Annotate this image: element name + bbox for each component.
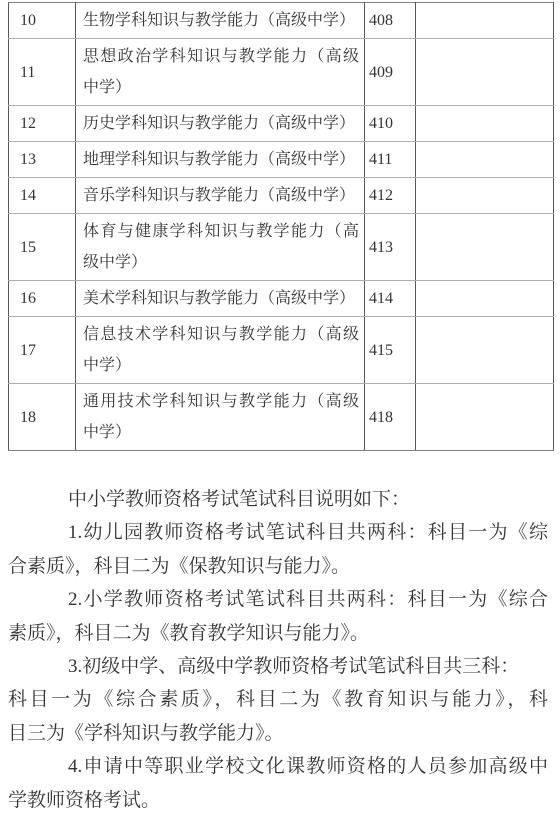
subject-name-line: 级中学） <box>83 247 359 278</box>
note-line: 合素质》，科目二为《保教知识与能力》。 <box>8 550 548 583</box>
row-number-cell: 10 <box>9 3 76 39</box>
exam-subjects-table: 10生物学科知识与教学能力（高级中学）40811思想政治学科知识与教学能力（高级… <box>8 2 554 451</box>
note-line: 素质》，科目二为《教育教学知识与能力》。 <box>8 617 548 650</box>
subject-name-line: 思想政治学科知识与教学能力（高级 <box>83 41 359 72</box>
subject-name-line: 历史学科知识与教学能力（高级中学） <box>83 108 359 139</box>
empty-cell <box>416 106 554 142</box>
subject-name-line: 信息技术学科知识与教学能力（高级 <box>83 319 359 350</box>
empty-cell <box>416 281 554 317</box>
empty-cell <box>416 39 554 106</box>
notes-section: 中小学教师资格考试笔试科目说明如下：1.幼儿园教师资格考试笔试科目共两科：科目一… <box>8 483 548 817</box>
subject-code-cell: 408 <box>365 3 416 39</box>
empty-cell <box>416 384 554 451</box>
table-row: 17信息技术学科知识与教学能力（高级中学）415 <box>9 317 554 384</box>
subject-code-cell: 415 <box>365 317 416 384</box>
subject-name-cell: 生物学科知识与教学能力（高级中学） <box>76 3 365 39</box>
subject-name-line: 中学） <box>83 417 359 448</box>
subject-name-line: 地理学科知识与教学能力（高级中学） <box>83 144 359 175</box>
subject-name-line: 体育与健康学科知识与教学能力（高 <box>83 216 359 247</box>
subject-name-cell: 通用技术学科知识与教学能力（高级中学） <box>76 384 365 451</box>
table-row: 18通用技术学科知识与教学能力（高级中学）418 <box>9 384 554 451</box>
subject-code-cell: 414 <box>365 281 416 317</box>
row-number-cell: 12 <box>9 106 76 142</box>
note-line: 4.申请中等职业学校文化课教师资格的人员参加高级中 <box>8 750 548 783</box>
subject-name-cell: 地理学科知识与教学能力（高级中学） <box>76 142 365 178</box>
note-line: 2.小学教师资格考试笔试科目共两科：科目一为《综合 <box>8 583 548 616</box>
note-line: 1.幼儿园教师资格考试笔试科目共两科：科目一为《综 <box>8 516 548 549</box>
note-line: 科目一为《综合素质》，科目二为《教育知识与能力》，科 <box>8 683 548 716</box>
row-number-cell: 11 <box>9 39 76 106</box>
empty-cell <box>416 214 554 281</box>
subject-name-cell: 思想政治学科知识与教学能力（高级中学） <box>76 39 365 106</box>
empty-cell <box>416 178 554 214</box>
row-number-cell: 14 <box>9 178 76 214</box>
subject-code-cell: 418 <box>365 384 416 451</box>
table-row: 11思想政治学科知识与教学能力（高级中学）409 <box>9 39 554 106</box>
subject-name-cell: 信息技术学科知识与教学能力（高级中学） <box>76 317 365 384</box>
row-number-cell: 13 <box>9 142 76 178</box>
subject-name-cell: 体育与健康学科知识与教学能力（高级中学） <box>76 214 365 281</box>
table-row: 15体育与健康学科知识与教学能力（高级中学）413 <box>9 214 554 281</box>
subject-code-cell: 410 <box>365 106 416 142</box>
row-number-cell: 15 <box>9 214 76 281</box>
note-line: 目三为《学科知识与教学能力》。 <box>8 717 548 750</box>
subject-name-line: 美术学科知识与教学能力（高级中学） <box>83 283 359 314</box>
note-line: 学教师资格考试。 <box>8 784 548 817</box>
note-line: 中小学教师资格考试笔试科目说明如下： <box>8 483 548 516</box>
subject-code-cell: 409 <box>365 39 416 106</box>
exam-subjects-table-body: 10生物学科知识与教学能力（高级中学）40811思想政治学科知识与教学能力（高级… <box>9 3 554 451</box>
table-row: 10生物学科知识与教学能力（高级中学）408 <box>9 3 554 39</box>
table-row: 12历史学科知识与教学能力（高级中学）410 <box>9 106 554 142</box>
document-page: 10生物学科知识与教学能力（高级中学）40811思想政治学科知识与教学能力（高级… <box>0 0 560 823</box>
subject-name-line: 音乐学科知识与教学能力（高级中学） <box>83 180 359 211</box>
table-row: 13地理学科知识与教学能力（高级中学）411 <box>9 142 554 178</box>
row-number-cell: 18 <box>9 384 76 451</box>
row-number-cell: 17 <box>9 317 76 384</box>
table-row: 14音乐学科知识与教学能力（高级中学）412 <box>9 178 554 214</box>
subject-name-line: 中学） <box>83 350 359 381</box>
subject-code-cell: 411 <box>365 142 416 178</box>
subject-code-cell: 412 <box>365 178 416 214</box>
empty-cell <box>416 3 554 39</box>
subject-name-line: 通用技术学科知识与教学能力（高级 <box>83 386 359 417</box>
empty-cell <box>416 142 554 178</box>
subject-name-cell: 音乐学科知识与教学能力（高级中学） <box>76 178 365 214</box>
subject-name-cell: 历史学科知识与教学能力（高级中学） <box>76 106 365 142</box>
table-row: 16美术学科知识与教学能力（高级中学）414 <box>9 281 554 317</box>
subject-name-line: 中学） <box>83 72 359 103</box>
empty-cell <box>416 317 554 384</box>
note-line: 3.初级中学、高级中学教师资格考试笔试科目共三科： <box>8 650 548 683</box>
row-number-cell: 16 <box>9 281 76 317</box>
subject-code-cell: 413 <box>365 214 416 281</box>
subject-name-line: 生物学科知识与教学能力（高级中学） <box>83 5 359 36</box>
subject-name-cell: 美术学科知识与教学能力（高级中学） <box>76 281 365 317</box>
